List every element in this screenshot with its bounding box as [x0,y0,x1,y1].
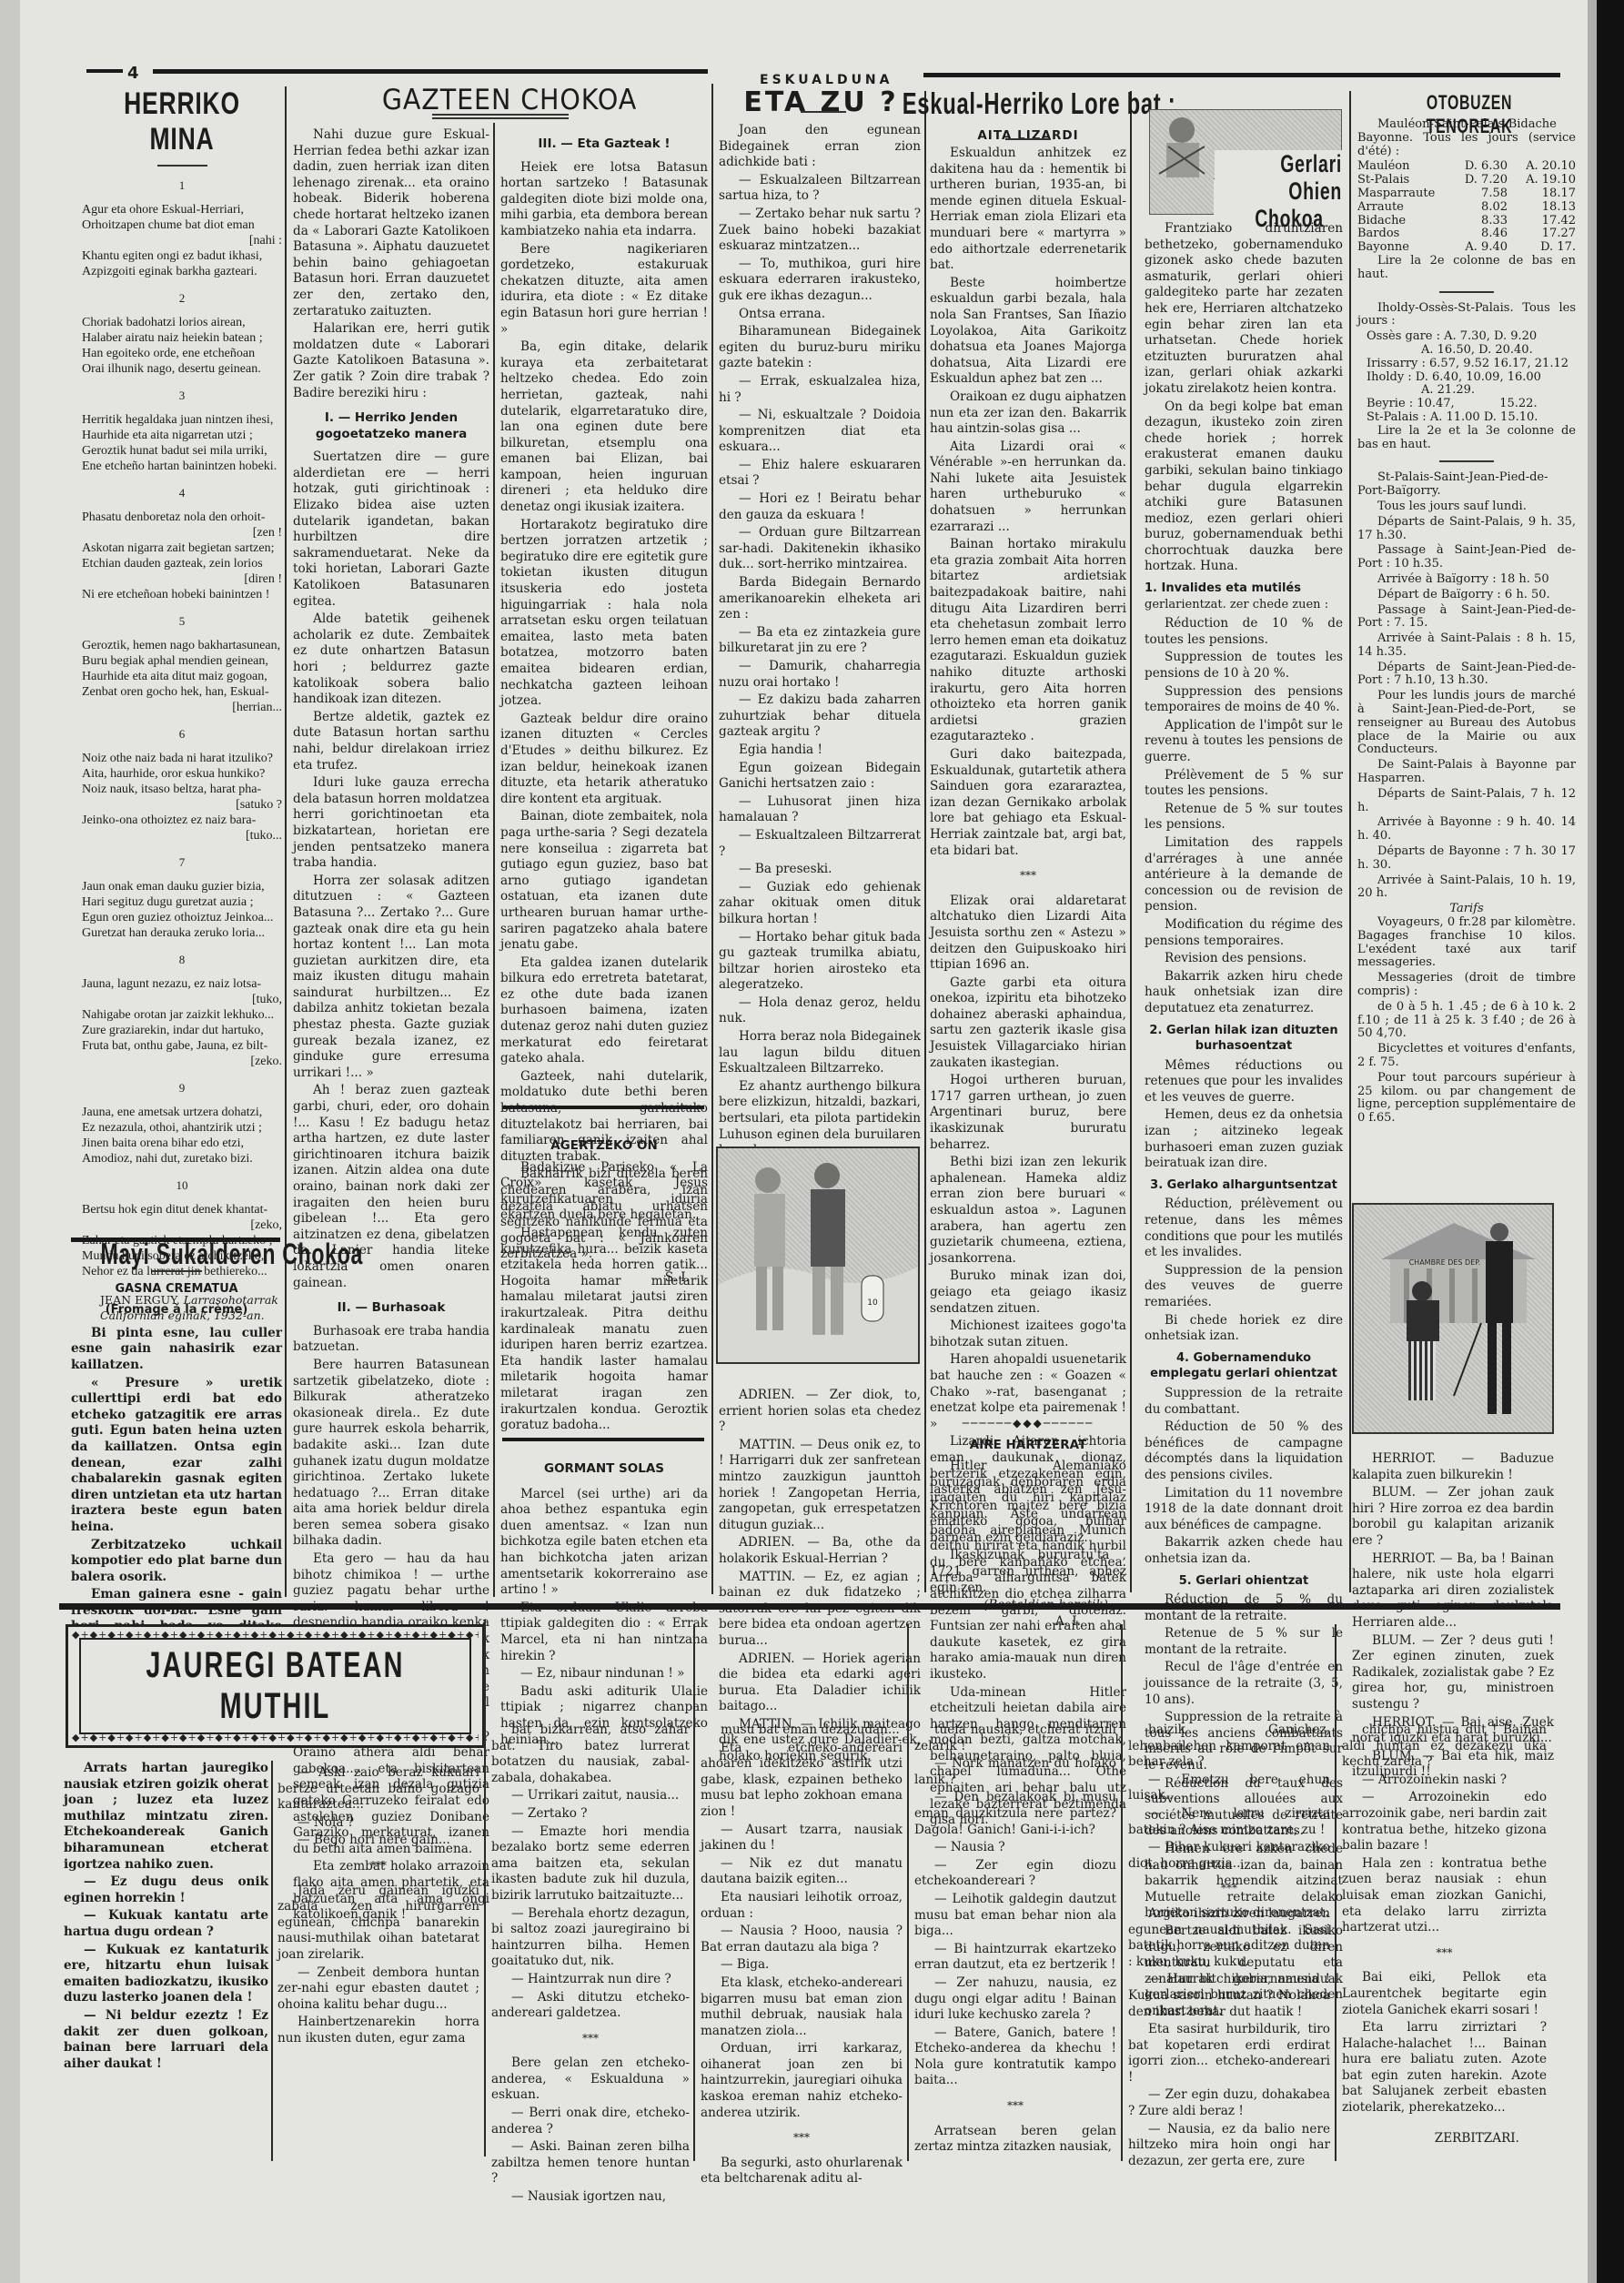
section-rule [502,1106,704,1109]
paragraph: Bi chede horiek ez dire onhetsiak izan. [1145,1313,1343,1345]
paragraph: — Ehiz halere eskuararen etsai ? [719,458,921,490]
paragraph: — Nausia, ez da balio nere hiltzeko mira… [1128,2122,1330,2170]
paragraph: Hala zen : kontratua bethe zuen beraz na… [1342,1856,1547,1936]
paragraph: Hitler Alemaniako buruzagiak denboraren … [930,1459,1126,1682]
paragraph: ADRIEN. — Horiek agerian die bidea eta e… [719,1652,921,1715]
poem-line: Khantu egiten ongi ez badut ikhasi, [82,248,282,264]
title-rule [1005,138,1051,140]
poem-line: [zen ! [82,525,282,540]
stanza-number: 2 [82,290,282,306]
poem-line: Buru begiak aphal mendien geinean, [82,653,282,669]
tariff-line: de 0 à 5 h. 1 .45 ; de 6 à 10 k. 2 f.10 … [1357,1001,1576,1041]
subheading-tail: gerlarientzat. zer chede zuen : [1145,598,1328,611]
column-divider [924,91,926,1592]
column-divider [907,1624,909,2161]
paragraph: Ontsa errana. [719,307,921,323]
paragraph: Réduction, prélèvement ou retenue, dans … [1145,1197,1343,1260]
paragraph: Bainan, diote zembaitek, nola paga urthe… [500,809,708,953]
timetable-row: Bardos8.4617.27 [1357,227,1576,241]
eta-zu-body: Joan den egunean Bidegainek erran zion a… [719,123,921,1204]
paragraph: — Aski zaio beraz kukuari bertze urteeta… [277,1765,479,1813]
paragraph: Barda Bidegain Bernardo amerikanoarekin … [719,575,921,623]
section-title: GAZTEEN CHOKOA [368,84,652,116]
paragraph: Eta klask, etcheko-andereari bigarren mu… [701,1975,903,2039]
paragraph: Eta sasirat hurbildurik, tiro bat kopeta… [1128,2022,1330,2086]
paragraph: Jada zeru gainean iguzki zabala zen hiru… [277,1884,479,1964]
tariff-line: Pour tout parcours supérieur à 25 kilom.… [1357,1072,1576,1126]
paragraph: Michionest izaitees gogo'ta bihotzak sut… [930,1318,1126,1350]
paragraph: Iduri luke gauza errecha dela batasun ho… [293,775,489,872]
poem-line: Geroztik hunat badut sei mila urriki, [82,443,282,459]
paragraph: On da begi kolpe bat eman dezagun, ikust… [1145,399,1343,576]
poem-line: Noiz nauk, itsaso beltza, harat pha- [82,782,282,797]
paragraph: ADRIEN. — Zer diok, to, errient horien s… [719,1388,921,1436]
poem-line: Phasatu denboretaz nola den orhoit- [82,510,282,525]
section-rule [502,1438,704,1441]
paragraph: — Orduan gure Biltzarrean sar-hadi. Daki… [719,525,921,573]
subheading-text: 2. Gerlan hilak izan dituzten burhasoent… [1149,1024,1337,1054]
paragraph: Gazte garbi eta oitura onekoa, izpiritu … [930,975,1126,1072]
paragraph: Eta orduan Ulalie arreba ttipiak galdegi… [500,1601,708,1664]
paragraph: — Ausart tzarra, nausiak jakinen du ! [701,1823,903,1854]
paragraph: — Zenbeit dembora huntan zer-nahi egur e… [277,1965,479,2014]
paragraph: — Errak, eskualzalea hiza, hi ? [719,374,921,406]
section-title: AIRE HARTZERAT [930,1438,1126,1454]
poem-line: [tuko, [82,992,282,1007]
paragraph: — Hola denaz geroz, heldu nuk. [719,995,921,1027]
poem-line: Egun oren guziez othoiztuz Jeinkoa... [82,910,282,925]
paragraph: Buruko minak izan doi, geiago eta geiago… [930,1268,1126,1317]
route-note: Lire la 2e et la 3e colonne de bas en ha… [1357,425,1576,452]
paragraph: Arratsean beren gelan zertaz mintza zita… [914,2124,1116,2156]
paragraph: Bertze aldetik, gaztek ez dute Batasun h… [293,710,489,773]
paragraph: — Zertako ? [491,1806,690,1823]
jauregi-column-2: — Aski zaio beraz kukuari bertze urteeta… [277,1765,479,2049]
poem-line: [zeko. [82,1054,282,1069]
left-page-edge [0,0,20,2283]
timetable-line: Arrivée à Baïgorry : 18 h. 50 [1357,573,1576,587]
asterism: *** [277,1858,479,1874]
poem-line: Zenbat oren gocho hek, han, Eskual- [82,684,282,700]
paragraph: Bi pinta esne, lau culler esne gain naha… [71,1326,282,1374]
poem-line: Nahigabe orotan jar zaizkit lekhuko... [82,1007,282,1023]
paragraph: — Aski. Bainan zeren bilha zabiltza heme… [491,2139,690,2187]
agertzeko-section: AGERTZEKO ON Badakizue Pariseko « La Cro… [500,1133,708,1436]
jauregi-column-3: bat bizkarrean, atso zahar bat. Tiro bat… [491,1722,690,2207]
departure-time: D. 7.20 [1444,174,1508,187]
paragraph: — Hori ez ! Beiratu behar den gauza da e… [719,491,921,523]
section-title: ETA ZU ? [719,86,923,118]
poem-line: Bertsu hok egin ditut denek khantat- [82,1202,282,1217]
paragraph: — Emazte hori mendia bezalako bortz seme… [491,1824,690,1904]
timetable-line: St-Palais : A. 11.00 D. 15.10. [1357,411,1576,425]
poem-line: Orai ilhunik nago, desertu geinean. [82,361,282,377]
stop-name: Masparraute [1357,187,1444,201]
poem-line: Jeinko-ona othoiztez ez naiz bara- [82,813,282,828]
gazteen-column-2: III. — Eta Gazteak !Heiek ere lotsa Bata… [500,127,708,1287]
timetable-line: Irissarry : 6.57, 9.52 16.17, 21.12 [1357,358,1576,371]
subheading: III. — Eta Gazteak ! [500,136,708,153]
paragraph: HERRIOT. — Ba, ba ! Bainan halere, nik u… [1352,1551,1554,1631]
paragraph: Burhasoak ere traba handia batzuetan. [293,1324,489,1356]
section-title-line-1: Gerlari Ohien [1250,150,1342,205]
arrival-time: A. 20.10 [1508,160,1576,174]
paragraph: Hemen, deus ez da onhetsia izan ; aitzin… [1145,1107,1343,1171]
paragraph: — Kukuak kantatu arte hartua dugu ordean… [64,1908,268,1940]
timetable-line: De Saint-Palais à Bayonne par Hasparren. [1357,759,1576,786]
paragraph: Application de l'impôt sur le revenu à t… [1145,718,1343,766]
poem-line: Agur eta ohore Eskual-Herriari, [82,202,282,217]
paragraph: — Zer egin duzu, dohakabea ? Zure aldi b… [1128,2087,1330,2119]
timetable-line: Arrivée à Saint-Palais : 8 h. 15, 14 h.3… [1357,632,1576,660]
tarifs-heading: Tarifs [1357,903,1576,916]
asterism: *** [930,868,1126,884]
timetable-line: Départs de Bayonne : 7 h. 30 17 h. 30. [1357,845,1576,873]
timetable-line: Départs de Saint-Palais, 7 h. 12 h. [1357,788,1576,815]
poem-line: Jauna, ene ametsak urtzera dohatzi, [82,1105,282,1120]
paragraph: Bai eiki, Pellok eta Laurentchek begitar… [1342,1970,1547,2018]
paragraph: Aita Lizardi orai « Vénérable »-en herru… [930,439,1126,536]
departure-time: 8.02 [1444,201,1508,215]
paragraph: Frantziako diruntziaren bethetzeko, gobe… [1145,221,1343,398]
jauregi-column-4: musu bat eman dezazudan...Eta etcheko-an… [701,1722,903,2189]
stop-name: Bidache [1357,215,1444,228]
stop-name: Arraute [1357,201,1444,215]
poem-line: Azpizgoiti eginak barkha gazteari. [82,264,282,279]
section-title: AGERTZEKO ON [500,1138,708,1155]
stanza-number: 10 [82,1177,282,1193]
title-rule [157,165,207,167]
right-page-fold [1588,0,1597,2283]
route-title: Iholdy-Ossès-St-Palais. Tous les jours : [1357,302,1576,329]
paragraph: Bakarrik azken hiru chede hauk onhetsiak… [1145,969,1343,1017]
paragraph: Réduction de 10 % de toutes les pensions… [1145,616,1343,648]
paragraph: — Leihotik galdegin dautzut musu bat ema… [914,1892,1116,1940]
stop-name: Bayonne [1357,241,1444,255]
paragraph: — Ez, nibaur nindunan ! » [500,1666,708,1682]
bottom-band-rule [59,1603,1560,1610]
paragraph: Bakarrik azken chede hau onhetsia izan d… [1145,1535,1343,1567]
paragraph: Suppression de la pension des veuves de … [1145,1263,1343,1311]
svg-text:10: 10 [867,1298,878,1308]
paragraph: — To, muthikoa, guri hire eskuara ederra… [719,257,921,305]
poem-line: [herrian... [82,700,282,715]
timetable-line: Ossès gare : A. 7.30, D. 9.20 [1357,330,1576,344]
paragraph: Arrats hartan jauregiko nausiak etziren … [64,1761,268,1873]
paragraph: Limitation des rappels d'arrérages à une… [1145,835,1343,915]
departure-time: 8.46 [1444,227,1508,241]
paragraph: — Biga. [701,1957,903,1974]
section-title: Mayi Sukalderen Chokoa [100,1247,252,1263]
illustration-two-men-at-border-post: 10 [716,1147,920,1364]
gormant-body: Marcel (sei urthe) ari da ahoa bethez es… [500,1487,708,1749]
title-rule [432,117,569,119]
column-divider [693,1624,695,2161]
paragraph: — Ez dakizu bada zaharren zuhurtziak beh… [719,692,921,741]
paragraph: Suppression de toutes les pensions de 10… [1145,650,1343,682]
separator [1439,460,1494,462]
jauregi-column-6: baizik Ganichez, lehenbailehen kamporat … [1128,1722,1330,2171]
paragraph: Retenue de 5 % sur toutes les pensions. [1145,802,1343,833]
separator [1439,291,1494,293]
section-title: Eskual-Herriko Lore bat : [903,86,1145,121]
departure-time: 7.58 [1444,187,1508,201]
poem-line: Ene etcheño hartan bainintzen hobeki. [82,459,282,474]
paragraph: Joan den egunean Bidegainek erran zion a… [719,123,921,171]
asterism: *** [1128,1881,1330,1897]
recipe-title: GASNA CREMATUA [71,1281,282,1298]
column-divider [1121,1624,1123,2161]
paragraph: bat bizkarrean, atso zahar bat. Tiro bat… [491,1722,690,1786]
newspaper-page: 4 ESKUALDUNA HERRIKO MINA 1Agur eta ohor… [0,0,1624,2283]
poem-line: Hari segituz dugu guretzat auzia ; [82,894,282,910]
column-divider [285,86,287,1597]
jauregi-title-box: ◆+◆+◆+◆+◆+◆+◆+◆+◆+◆+◆+◆+◆+◆+◆+◆+◆+◆+◆+◆+… [66,1624,485,1748]
paragraph: Eskualdun anhitzek ez dakitena hau da : … [930,146,1126,274]
recipe-subtitle: (Fromage à la crème) [71,1302,282,1318]
paragraph: — Eskualtzaleen Biltzarrerat ? [719,828,921,860]
lore-body: Eskualdun anhitzek ez dakitena hau da : … [930,146,1126,1630]
paragraph: Hastapenean kendu zuten kurutzefika hura… [500,1226,708,1434]
paragraph: — Zertako behar nuk sartu ? Zuek baino h… [719,207,921,255]
subheading: 3. Gerlako alharguntsentzat [1145,1177,1343,1194]
poem-line: Jinen baita orena bihar edo etzi, [82,1136,282,1151]
timetable-line: Départ de Baïgorry : 6 h. 50. [1357,589,1576,602]
paragraph: — Zer egin diozu etchekoandereari ? [914,1858,1116,1890]
paragraph: Mêmes réductions ou retenues que pour le… [1145,1058,1343,1106]
paragraph: — Nausiak igortzen nau, [491,2189,690,2206]
section-title: GORMANT SOLAS [500,1461,708,1478]
paper-kicker: ESKUALDUNA [760,73,893,87]
paragraph: — Bi haintzurrak ekartzeko erran dautzut… [914,1942,1116,1974]
paragraph: — Nola ? [277,1815,479,1832]
paragraph: Marcel (sei urthe) ari da ahoa bethez es… [500,1487,708,1599]
departure-time: 8.33 [1444,215,1508,228]
poem-line: Geroztik, hemen nago bakhartasunean, [82,638,282,653]
title-rule [432,114,569,116]
bus-schedule: Mauléon-Saint-Palais-Bidache Bayonne. To… [1357,118,1576,1127]
poem-line: Haurhide eta aita nigarretan utzi ; [82,428,282,443]
paragraph: Hogoi urtheren buruan, 1717 garren urthe… [930,1073,1126,1153]
agertzeko-body: Badakizue Pariseko « La Croix» kasetak J… [500,1160,708,1434]
paragraph: — Zer nahuzu, nausia, ez dugu ongi elgar… [914,1975,1116,2024]
column-divider [493,123,495,1597]
section-subtitle: AITA LIZARDI [933,128,1124,143]
paragraph: Eta larru zirriztari ? Halache-halachet … [1342,2020,1547,2116]
poem-line: Etchian dauden gazteak, zein lorios [82,556,282,571]
paragraph: — Bego hori nere gain... [277,1833,479,1849]
timetable-line: Tous les jours sauf lundi. [1357,500,1576,514]
subheading-text: 1. Invalides eta mutilés [1145,581,1301,595]
paragraph: Alde batetik geihenek acholarik ez dute.… [293,611,489,708]
column-divider [484,1620,486,2157]
stanza-number: 5 [82,613,282,629]
poem-line: [nahi : [82,233,282,248]
asterism: *** [491,2031,690,2047]
timetable-line: Départs de Saint-Palais, 9 h. 35, 17 h.3… [1357,516,1576,543]
paragraph: Guri dako baitezpada, Eskualdunak, gutar… [930,747,1126,859]
paragraph: chichpa hustua dut ! Bainan aldi huntan … [1342,1722,1547,1771]
timetable-row: BayonneA. 9.40D. 17. [1357,241,1576,255]
timetable-line: Iholdy : D. 6.40, 10.09, 16.00 [1357,371,1576,385]
timetable-line: Passage à Saint-Jean-Pied de-Port : 10 h… [1357,544,1576,571]
adrien-mattin-dialogue: ADRIEN. — Zer diok, to, errient horien s… [719,1388,921,1767]
subheading-text: 3. Gerlako alharguntsentzat [1150,1178,1337,1192]
paragraph: — Ba preseski. [719,862,921,878]
jauregi-column-1: Arrats hartan jauregiko nausiak etziren … [64,1761,268,2074]
paragraph: — Guziak edo gehienak zahar okituak omen… [719,880,921,928]
title-rule [801,111,846,113]
paragraph: Halarikan ere, herri gutik moldatzen dut… [293,321,489,401]
arrival-time: A. 19.10 [1508,174,1576,187]
paragraph: — Berri onak dire, etcheko-anderea ? [491,2106,690,2137]
paragraph: Retenue de 5 % sur le montant de la retr… [1145,1626,1343,1658]
poem-line: Jauna, lagunt nezazu, ez naiz lotsa- [82,976,282,992]
paragraph: — Nork manatzen du holako lanik ? [914,1756,1116,1788]
paragraph: Suppression de la retraite du combattant… [1145,1386,1343,1418]
poem-line: Jaun onak eman dauku guzier bizia, [82,879,282,894]
timetable-line: St-Palais-Saint-Jean-Pied-de-Port-Baïgor… [1357,471,1576,499]
timetable-line: Beyrie : 10.47, 15.22. [1357,398,1576,411]
poem-line: Noiz othe naiz bada ni harat itzuliko? [82,751,282,766]
poem-line: Fruta bat, onthu gabe, Jauna, ez bilt- [82,1038,282,1054]
paragraph: Ba, egin ditake, delarik kuraya eta zerb… [500,339,708,516]
paragraph: Bainan hortako mirakulu eta grazia zomba… [930,537,1126,745]
section-title: HERRIKO MINA [104,86,260,157]
arrival-time: 18.13 [1508,201,1576,215]
poem-line: [tuko... [82,828,282,843]
paragraph: — Hortako behar gituk bada gu gazteak tr… [719,930,921,994]
arrival-time: 18.17 [1508,187,1576,201]
paragraph: Oraikoan ez dugu aiphatzen nun eta zer i… [930,389,1126,438]
jauregi-column-5: tuela nausiak, etcherat itzuli zelarik !… [914,1722,1116,2157]
ornament-rule: ──────◆◆◆────── [930,1416,1126,1432]
paragraph: — Aski ditutzu etcheko-andereari galdetz… [491,1990,690,2022]
asterism: *** [701,2130,903,2147]
asterism: *** [1342,1945,1547,1962]
stanza-number: 6 [82,726,282,742]
paragraph: Hainbertzenarekin horra nun ikusten dute… [277,2015,479,2046]
paragraph: — Berehala ehortz dezagun, bi saltoz zoa… [491,1906,690,1970]
paragraph: — Nik ez dut manatu dautana baizik egite… [701,1856,903,1888]
paragraph: Badakizue Pariseko « La Croix» kasetak J… [500,1160,708,1224]
stop-name: Bardos [1357,227,1444,241]
paragraph: — Ez dugu deus onik eginen horrekin ! [64,1874,268,1906]
herriko-mina-section: HERRIKO MINA 1Agur eta ohore Eskual-Herr… [82,86,282,1323]
stanza-number: 7 [82,854,282,870]
arrival-time: D. 17. [1508,241,1576,255]
poem-line: Guretzat han derauka zeruko loria... [82,925,282,941]
paragraph: MATTIN. — Deus onik ez, to ! Harrigarri … [719,1438,921,1534]
paragraph: — Urrikari zaitut, nausia... [491,1788,690,1804]
column-divider [1349,91,1351,1592]
timetable-line: A. 21.29. [1357,384,1576,398]
subheading-text: 5. Gerlari ohientzat [1179,1574,1309,1588]
paragraph: Bere gelan zen etcheko-anderea, « Eskual… [491,2056,690,2104]
poem-line: Zure graziarekin, indar dut hartuko, [82,1023,282,1038]
cartoon-herriot-blum: CHAMBRE DES DEP. [1352,1203,1554,1434]
paragraph: Limitation du 11 novembre 1918 de la dat… [1145,1486,1343,1534]
paragraph: Modification du régime des pensions temp… [1145,917,1343,949]
poem-line: Orhoitzapen chume bat diot eman [82,217,282,233]
paragraph: — Emotzu bere ehun luisak... [1128,1773,1330,1804]
paragraph: — Haintzurrak nun dire ? [491,1972,690,1988]
soldier-portrait-lower [1149,177,1214,215]
poem-line: Haurhide eta aita ditut maiz gogoan, [82,669,282,684]
arrival-time: 17.27 [1508,227,1576,241]
arrival-time: 17.42 [1508,215,1576,228]
route-note: Lire la 2e colonne de bas en haut. [1357,255,1576,282]
paragraph: — Nausia ? [914,1840,1116,1856]
timetable-line: A. 16.50, D. 20.40. [1357,344,1576,358]
stanza-number: 1 [82,177,282,193]
poem-line: [diren ! [82,571,282,587]
stanza-number: 3 [82,388,282,403]
paragraph: Ba segurki, asto ohurlarenak eta beltcha… [701,2156,903,2187]
timetable-row: MauléonD. 6.30A. 20.10 [1357,160,1576,174]
paragraph: — Den bezalakoak bi musu eman dauzkitzul… [914,1790,1116,1838]
paragraph: Biharamunean Bidegainek egiten du buruz-… [719,324,921,372]
paragraph: Orduan, irri karkaraz, oihanerat joan ze… [701,2041,903,2121]
stop-name: St-Palais [1357,174,1444,187]
right-page-edge [1597,0,1624,2283]
timetable-line: Arrivée à Saint-Palais, 10 h. 19, 20 h. [1357,874,1576,902]
poem-line: Choriak badohatzi lorios airean, [82,315,282,330]
subheading: II. — Burhasoak [293,1300,489,1317]
page-number: 4 [127,64,139,83]
paragraph: ADRIEN. — Ba, othe da holakorik Eskual-H… [719,1535,921,1567]
paragraph: Prélèvement de 5 % sur toutes les pensio… [1145,768,1343,800]
poem-line: Aita, haurhide, oror eskua hunkiko? [82,766,282,782]
paragraph: Zerbitzatzeko uchkail kompotier edo plat… [71,1538,282,1586]
subheading: 1. Invalides eta mutilés gerlarientzat. … [1145,581,1343,612]
timetable-row: St-PalaisD. 7.20A. 19.10 [1357,174,1576,187]
column-divider [1335,1624,1337,2161]
paragraph: tuela nausiak, etcherat itzuli zelarik ! [914,1722,1116,1754]
poem-line: Herritik hegaldaka juan nintzen ihesi, [82,412,282,428]
paragraph: BLUM. — Zer ? deus guti ! Zer eginen zin… [1352,1633,1554,1713]
poem-line: [satuko ? [82,797,282,813]
paragraph: Bethi bizi izan zen lekurik aphalenean. … [930,1155,1126,1267]
poem-line: [zeko, [82,1217,282,1233]
paragraph: — Arrozoinekin naski ? [1342,1773,1547,1789]
paragraph: Revision des pensions. [1145,951,1343,967]
tariff-line: Voyageurs, 0 fr.28 par kilomètre. Bagage… [1357,916,1576,970]
subheading: I. — Herriko Jenden gogoetatzeko manera [293,410,489,442]
route-title: Mauléon-Saint-Palais-Bidache Bayonne. To… [1357,118,1576,158]
paragraph: — Arrozoinekin edo arrozoinik gabe, neri… [1342,1790,1547,1854]
paragraph: — Bihar kukuari kantaraziko diot, horra … [1128,1840,1330,1872]
paragraph: Eta nausiari leihotik orroaz, orduan : [701,1890,903,1922]
paragraph: baizik Ganichez, lehenbailehen kamporat … [1128,1722,1330,1771]
paragraph: HERRIOT. — Baduzue kalapita zuen bilkure… [1352,1451,1554,1483]
paragraph: Elizak orai aldaretarat altchatuko dien … [930,894,1126,974]
paragraph: Suertatzen dire — gure alderdietan ere —… [293,450,489,610]
paragraph: — Ba eta ez zintazkeia gure bilkuretarat… [719,625,921,657]
paragraph: Argiko ihizin ziren laugarren egunean na… [1128,1906,1330,1970]
paragraph: Gazteak beldur dire oraino izanen dituzt… [500,712,708,808]
jauregi-title-inner: JAUREGI BATEAN MUTHIL [79,1638,471,1734]
timetable-row: Arraute8.0218.13 [1357,201,1576,215]
stanza-number: 9 [82,1080,282,1096]
timetable-row: Bidache8.3317.42 [1357,215,1576,228]
paragraph: Eta etcheko-andereari ahoaren idekitzeko… [701,1741,903,1821]
paragraph: Réduction de 50 % des bénéfices de campa… [1145,1419,1343,1483]
paragraph: Recul de l'âge d'entrée en jouissance de… [1145,1660,1343,1708]
poem-line: Amodioz, nahi dut, zuretako bizi. [82,1151,282,1167]
paragraph: Bere haurren Batasunean sartzetik gibela… [293,1358,489,1550]
poem: 1Agur eta ohore Eskual-Herriari,Orhoitza… [82,177,282,1279]
